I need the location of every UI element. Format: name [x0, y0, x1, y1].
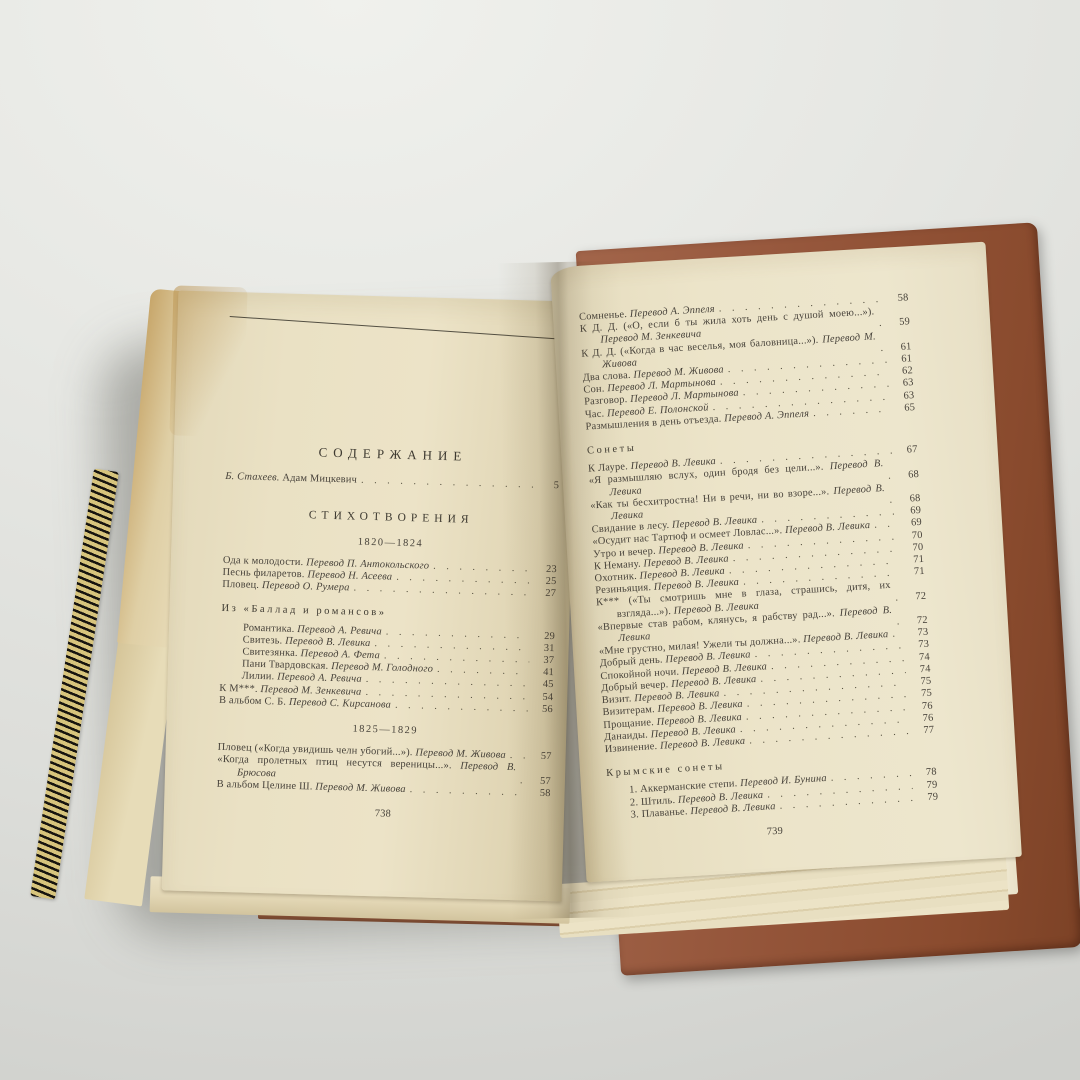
toc-entry-page-number: 29: [533, 630, 555, 643]
toc-entry-page-number: 68: [897, 469, 920, 482]
toc-entry-title: Пловец. Перевод О. Румера: [222, 579, 350, 595]
dot-leader: [395, 700, 528, 716]
toc-entry-page-number: 71: [903, 566, 926, 579]
dot-leader: [888, 470, 895, 483]
toc-entry-text: Свитезянка.: [242, 646, 301, 659]
page-folio-number: 738: [216, 804, 550, 826]
toc-entry-text: Пловец.: [222, 579, 262, 591]
toc-entry-page-number: 59: [888, 317, 911, 330]
toc-entry-translator: Перевод С. Кирсанова: [289, 697, 391, 711]
dot-leader: [410, 784, 526, 799]
dot-leader: [510, 750, 527, 763]
toc-heading-date: 1820—1824: [223, 533, 557, 555]
toc-entry-page-number: 41: [532, 667, 554, 680]
toc-entry-translator: Перевод В. Левика: [285, 635, 371, 648]
printed-rule: [230, 316, 563, 340]
toc-entry-page-number: 65: [893, 402, 916, 415]
toc-entry-page-number: 57: [529, 775, 551, 788]
toc-entry-text: Извинение.: [604, 741, 660, 755]
toc-entry: Б. Стахеев. Адам Мицкевич 5: [225, 471, 559, 493]
photo-background: СОДЕРЖАНИЕ Б. Стахеев. Адам Мицкевич 5 С…: [0, 0, 1080, 1080]
right-page-contents: Сомненье. Перевод А. Эппеля 58 К Д. Д. (…: [579, 292, 940, 848]
dot-leader: [361, 475, 534, 492]
toc-entry-page-number: 23: [535, 563, 557, 576]
toc-entry-page-number: 45: [531, 679, 553, 692]
toc-entry-page-number: 54: [531, 691, 553, 704]
toc-entry-text: 3. Плаванье.: [630, 806, 690, 821]
toc-entry-text: Романтика.: [243, 622, 297, 635]
toc-entry-page-number: 79: [916, 791, 939, 804]
dot-leader: [879, 318, 886, 331]
toc-entry-page-number: 27: [534, 588, 556, 601]
toc-entry-translator: Перевод А. Ревича: [297, 624, 382, 637]
toc-entry-text: Лилии.: [242, 671, 278, 683]
toc-heading-title: СОДЕРЖАНИЕ: [226, 444, 560, 466]
toc-entry-page-number: 31: [532, 642, 554, 655]
toc-entry-page-number: 67: [895, 444, 918, 457]
toc-entry-text: Сон.: [583, 384, 608, 396]
toc-entry-page-number: 37: [532, 655, 554, 668]
page-folio-number: 739: [610, 816, 940, 848]
toc-entry-page-number: 25: [534, 576, 556, 589]
toc-entry-text: К Лауре.: [588, 461, 631, 475]
toc-entry-text: В альбом С. Б.: [219, 695, 289, 708]
toc-entry-text: Песнь филаретов.: [222, 567, 307, 580]
toc-entry-page-number: 58: [886, 292, 909, 305]
toc-entry-text: К М***.: [219, 682, 260, 694]
toc-entry-translator: Б. Стахеев.: [225, 471, 280, 484]
toc-heading-subheading: Из «Баллад и романсов»: [221, 603, 555, 625]
dot-leader: [895, 592, 902, 605]
toc-entry-translator: Перевод А. Ревича: [277, 672, 362, 685]
toc-entry-page-number: 56: [531, 703, 553, 716]
toc-entry-translator: Перевод Н. Асеева: [307, 569, 392, 582]
toc-heading-date: 1825—1829: [218, 720, 552, 742]
toc-heading-section: СТИХОТВОРЕНИЯ: [224, 507, 558, 529]
dot-leader: [880, 342, 887, 355]
left-page-contents: СОДЕРЖАНИЕ Б. Стахеев. Адам Мицкевич 5 С…: [216, 444, 560, 825]
toc-entry-title: Б. Стахеев. Адам Мицкевич: [225, 471, 357, 487]
toc-entry-text: Адам Мицкевич: [279, 473, 357, 486]
toc-entry-text: Пани Твардовская.: [242, 659, 331, 672]
toc-entry-translator: Перевод М. Живова: [315, 781, 406, 795]
toc-entry-page-number: 57: [529, 751, 551, 764]
toc-entry-text: Свитезь.: [243, 634, 286, 646]
toc-entry-translator: Перевод А. Фета: [300, 648, 380, 661]
toc-entry-page-number: 58: [528, 787, 550, 800]
toc-entry-text: В альбом Целине Ш.: [217, 779, 316, 793]
dot-leader: [896, 616, 903, 629]
right-page: Сомненье. Перевод А. Эппеля 58 К Д. Д. (…: [550, 242, 1022, 883]
left-page: СОДЕРЖАНИЕ Б. Стахеев. Адам Мицкевич 5 С…: [162, 291, 579, 902]
toc-entry-text: Визит.: [602, 693, 635, 706]
tanned-corner: [169, 285, 247, 437]
toc-entry-text: Ода к молодости.: [223, 555, 307, 568]
toc-entry-text: Час.: [585, 408, 608, 420]
dot-leader: [889, 494, 896, 507]
dot-leader: [520, 775, 526, 787]
toc-entry-translator: Перевод М. Живова: [415, 748, 506, 762]
toc-entry-page-number: 77: [912, 724, 935, 737]
toc-entry-translator: Перевод О. Румера: [262, 580, 350, 593]
toc-entry-page-number: 5: [537, 480, 559, 493]
toc-entry-page-number: 72: [904, 590, 927, 603]
dot-leader: [892, 628, 904, 641]
